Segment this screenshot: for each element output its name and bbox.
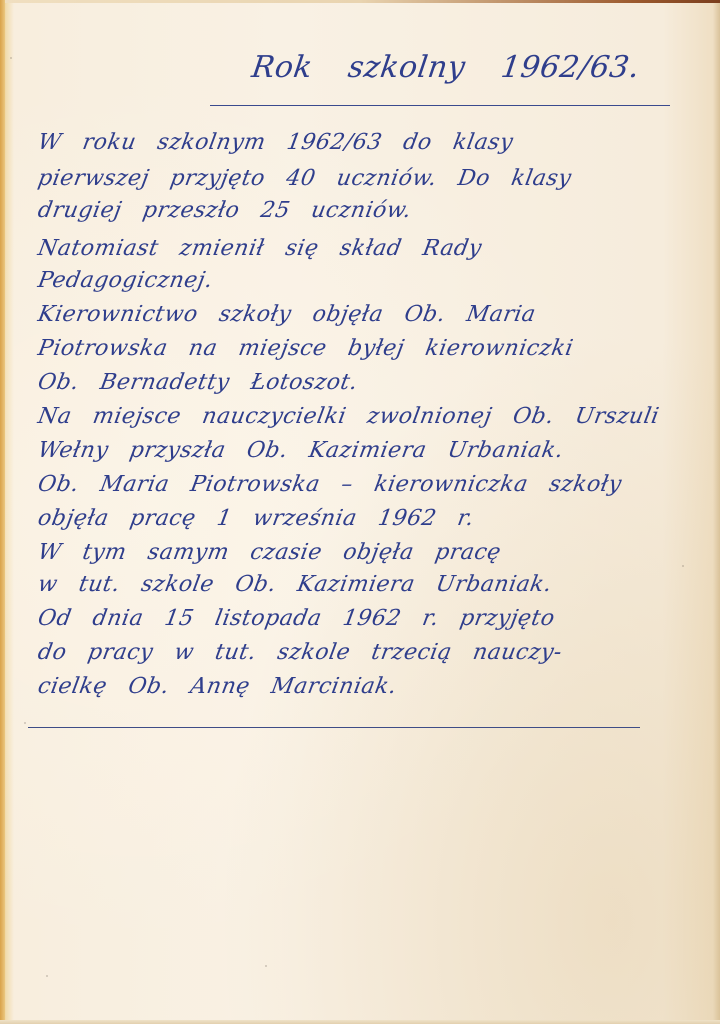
text-line: pierwszej przyjęto 40 uczniów. Do klasy [36, 166, 573, 191]
paper-speck [46, 975, 48, 977]
text-line: Na miejsce nauczycielki zwolnionej Ob. U… [36, 404, 661, 429]
text-line: cielkę Ob. Annę Marciniak. [36, 674, 399, 699]
page-binding-edge [0, 0, 5, 1024]
page-top-edge [0, 0, 720, 3]
text-line: Ob. Bernadetty Łotoszot. [36, 370, 360, 395]
text-line: Natomiast zmienił się skład Rady [36, 236, 484, 261]
paper-speck [10, 57, 12, 59]
text-line: W tym samym czasie objęła pracę [36, 540, 503, 565]
text-line: drugiej przeszło 25 uczniów. [36, 198, 413, 223]
text-line: do pracy w tut. szkole trzecią nauczy- [36, 640, 564, 665]
text-line: Wełny przyszła Ob. Kazimiera Urbaniak. [36, 438, 565, 463]
text-line: Od dnia 15 listopada 1962 r. przyjęto [36, 606, 557, 631]
text-line: w tut. szkole Ob. Kazimiera Urbaniak. [36, 572, 554, 597]
text-line: Pedagogicznej. [36, 268, 215, 293]
document-page: Rok szkolny 1962/63. W roku szkolnym 196… [0, 0, 720, 1024]
paper-speck [682, 565, 684, 567]
text-line: Ob. Maria Piotrowska – kierowniczka szko… [36, 472, 624, 497]
page-title: Rok szkolny 1962/63. [250, 50, 675, 85]
text-line: Piotrowska na miejsce byłej kierowniczki [36, 336, 575, 361]
paper-speck [24, 722, 26, 724]
paper-speck [265, 965, 267, 967]
text-line: Kierownictwo szkoły objęła Ob. Maria [36, 302, 538, 327]
title-underline [210, 105, 670, 106]
closing-rule [28, 727, 640, 728]
page-bottom-edge [0, 1020, 720, 1024]
text-line: objęła pracę 1 września 1962 r. [36, 506, 476, 531]
text-line: W roku szkolnym 1962/63 do klasy [36, 130, 515, 155]
